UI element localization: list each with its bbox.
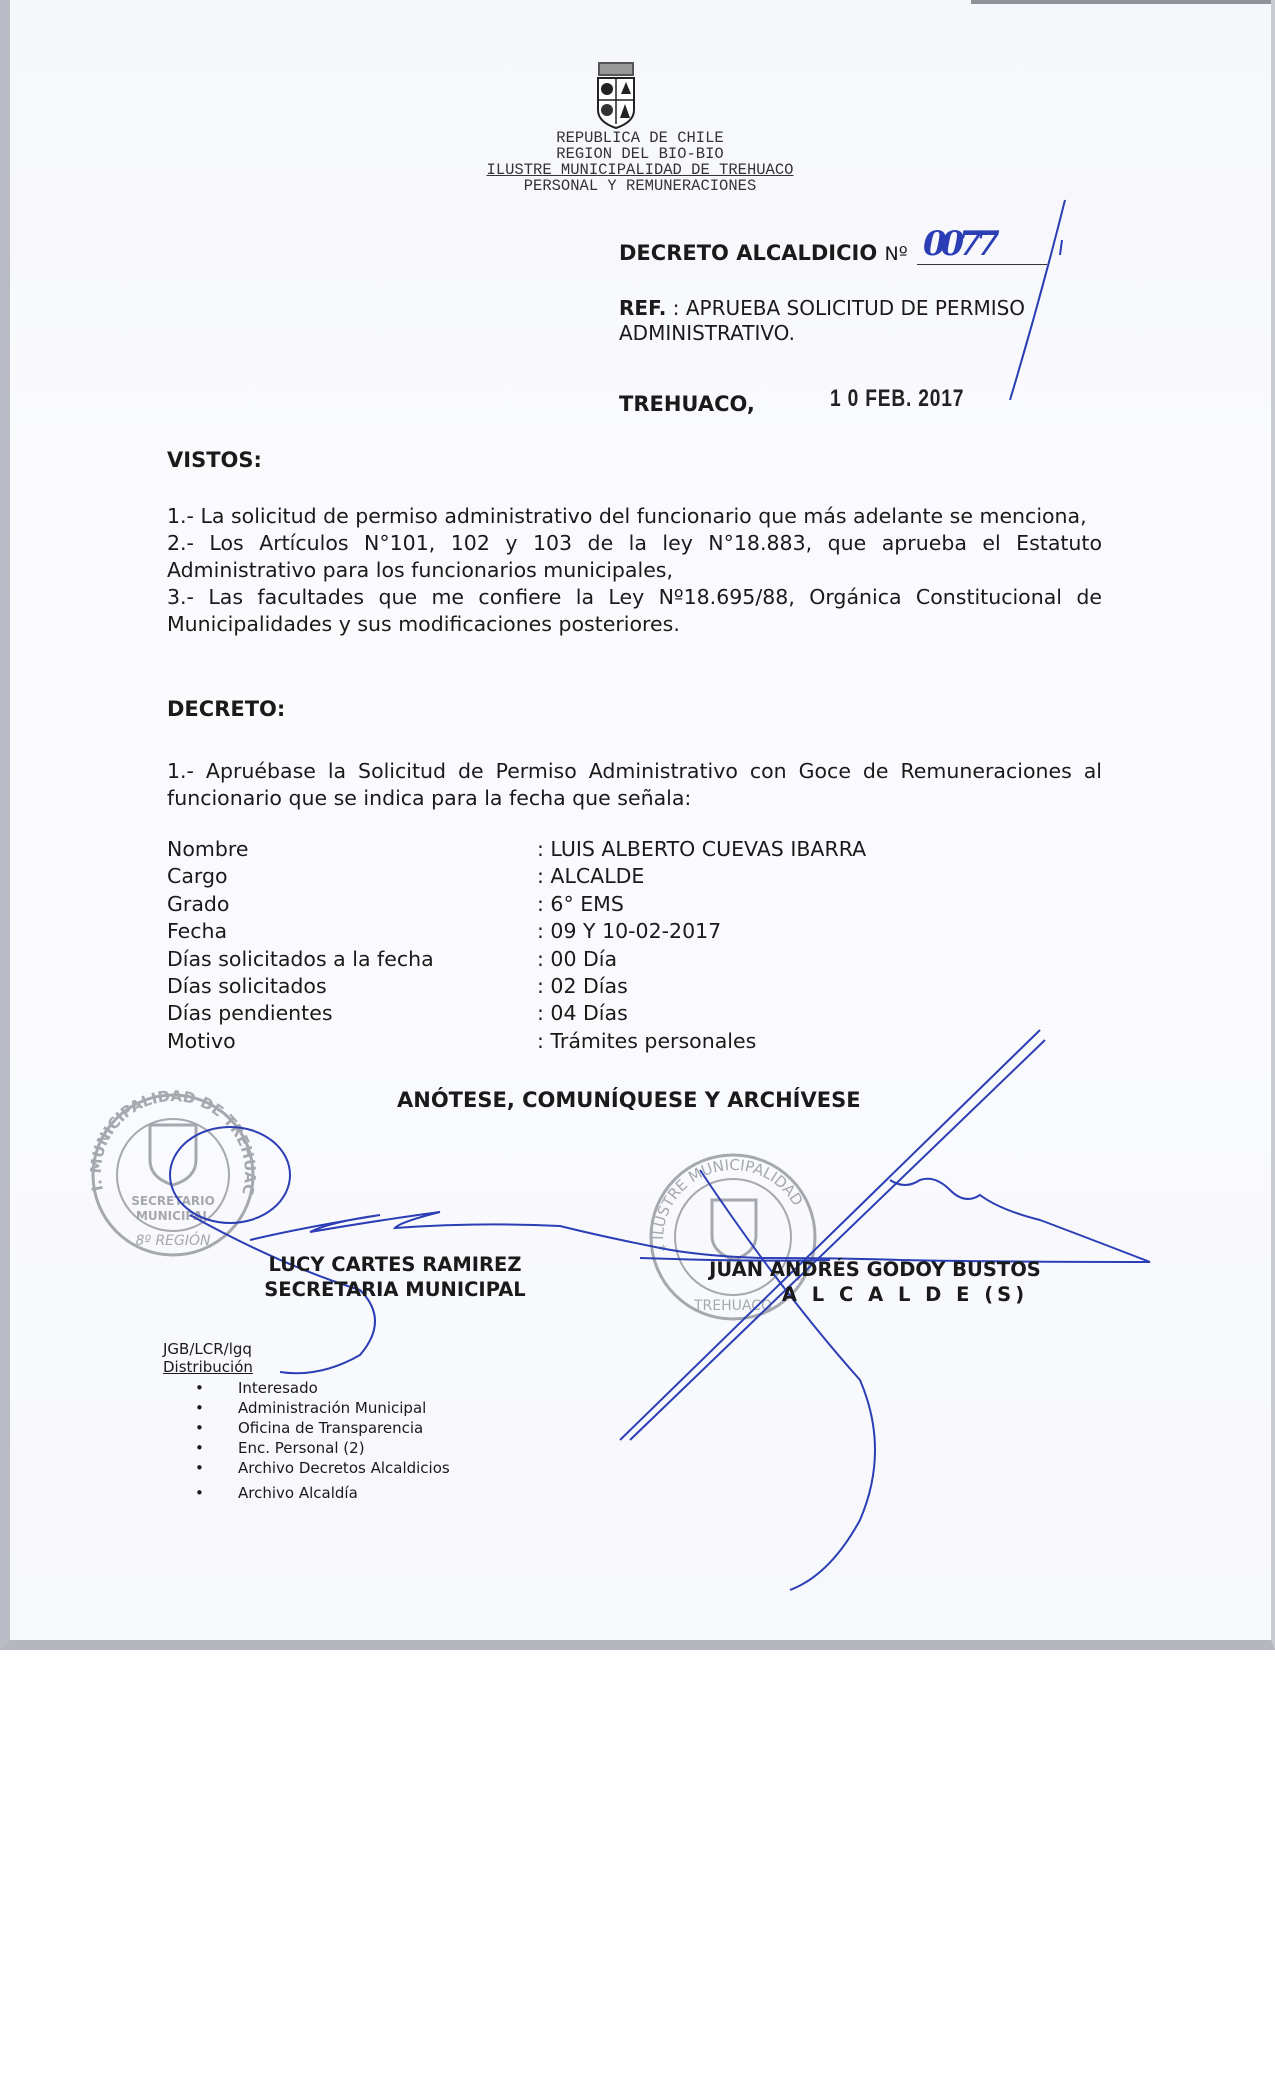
distribution-item: Oficina de Transparencia [195, 1418, 450, 1438]
vistos-item: 1.- La solicitud de permiso administrati… [167, 503, 1102, 530]
field-value: : Trámites personales [537, 1028, 756, 1055]
distribution-item: Archivo Alcaldía [195, 1483, 450, 1503]
distribution-item: Enc. Personal (2) [195, 1438, 450, 1458]
decree-reference: REF. : APRUEBA SOLICITUD DE PERMISO ADMI… [619, 296, 1139, 346]
mayor-name: JUAN ANDRÉS GODOY BUSTOS [690, 1257, 1060, 1282]
field-label: Días pendientes [167, 1000, 537, 1027]
field-row-dias-a-la-fecha: Días solicitados a la fecha: 00 Día [167, 946, 967, 973]
decree-number-handwritten: 0077 [923, 224, 994, 264]
ref-text: : APRUEBA SOLICITUD DE PERMISO ADMINISTR… [619, 296, 1025, 345]
letterhead-country: REPUBLICA DE CHILE [440, 130, 840, 146]
field-value: : 04 Días [537, 1000, 628, 1027]
field-value: : LUIS ALBERTO CUEVAS IBARRA [537, 836, 866, 863]
municipal-coat-of-arms-icon [590, 60, 642, 130]
vistos-heading: VISTOS: [167, 448, 262, 472]
decree-city: TREHUACO, [619, 392, 755, 416]
decree-title-text: DECRETO ALCALDICIO [619, 241, 877, 265]
field-value: : 09 Y 10-02-2017 [537, 918, 721, 945]
vistos-list: 1.- La solicitud de permiso administrati… [167, 503, 1102, 638]
field-label: Días solicitados [167, 973, 537, 1000]
author-initials: JGB/LCR/lgq [163, 1340, 253, 1358]
field-label: Fecha [167, 918, 537, 945]
field-value: : ALCALDE [537, 863, 644, 890]
field-label: Grado [167, 891, 537, 918]
decreto-heading: DECRETO: [167, 697, 285, 721]
closing-formula: ANÓTESE, COMUNÍQUESE Y ARCHÍVESE [397, 1088, 861, 1112]
distribution-item: Archivo Decretos Alcaldicios [195, 1458, 450, 1478]
secretary-signature-block: LUCY CARTES RAMIREZ SECRETARIA MUNICIPAL [255, 1252, 535, 1302]
letterhead-department: PERSONAL Y REMUNERACIONES [440, 178, 840, 194]
field-value: : 6° EMS [537, 891, 624, 918]
letterhead: REPUBLICA DE CHILE REGION DEL BIO-BIO IL… [440, 130, 840, 194]
footer-initials: JGB/LCR/lgq Distribución [163, 1340, 253, 1376]
field-label: Motivo [167, 1028, 537, 1055]
employee-details: Nombre: LUIS ALBERTO CUEVAS IBARRA Cargo… [167, 836, 967, 1055]
vistos-item: 3.- Las facultades que me confiere la Le… [167, 584, 1102, 638]
distribution-label: Distribución [163, 1358, 253, 1376]
distribution-item: Interesado [195, 1378, 450, 1398]
mayor-role: A L C A L D E (S) [690, 1282, 1060, 1307]
ref-label: REF. [619, 296, 666, 320]
field-value: : 02 Días [537, 973, 628, 1000]
mayor-signature-block: JUAN ANDRÉS GODOY BUSTOS A L C A L D E (… [690, 1257, 1060, 1307]
decreto-item: 1.- Apruébase la Solicitud de Permiso Ad… [167, 758, 1102, 812]
field-label: Cargo [167, 863, 537, 890]
field-row-cargo: Cargo: ALCALDE [167, 863, 967, 890]
decree-number-field: 0077 [917, 238, 1047, 265]
letterhead-region: REGION DEL BIO-BIO [440, 146, 840, 162]
secretary-name: LUCY CARTES RAMIREZ [255, 1252, 535, 1277]
date-stamp: 1 0 FEB. 2017 [830, 385, 964, 413]
distribution-item: Administración Municipal [195, 1398, 450, 1418]
letterhead-municipality: ILUSTRE MUNICIPALIDAD DE TREHUACO [440, 162, 840, 178]
decree-title: DECRETO ALCALDICIO Nº 0077 [619, 238, 1047, 265]
vistos-item: 2.- Los Artículos N°101, 102 y 103 de la… [167, 530, 1102, 584]
distribution-list: Interesado Administración Municipal Ofic… [195, 1378, 450, 1503]
decreto-body: 1.- Apruébase la Solicitud de Permiso Ad… [167, 758, 1102, 812]
field-label: Días solicitados a la fecha [167, 946, 537, 973]
field-row-dias-pendientes: Días pendientes: 04 Días [167, 1000, 967, 1027]
field-row-grado: Grado: 6° EMS [167, 891, 967, 918]
decree-number-label: Nº [885, 243, 908, 265]
field-value: : 00 Día [537, 946, 617, 973]
field-row-nombre: Nombre: LUIS ALBERTO CUEVAS IBARRA [167, 836, 967, 863]
field-row-dias-solicitados: Días solicitados: 02 Días [167, 973, 967, 1000]
field-row-fecha: Fecha: 09 Y 10-02-2017 [167, 918, 967, 945]
secretary-role: SECRETARIA MUNICIPAL [255, 1277, 535, 1302]
field-label: Nombre [167, 836, 537, 863]
field-row-motivo: Motivo: Trámites personales [167, 1028, 967, 1055]
